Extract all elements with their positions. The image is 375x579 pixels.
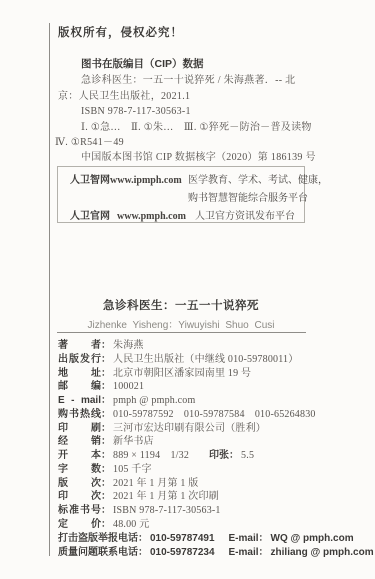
colophon-label: 印刷 [58,422,101,436]
publisher-platform-box: 人卫智网 www.ipmph.com 医学教育、学术、考试、健康， 购书智慧智能… [57,166,305,223]
colophon-value: 三河市宏达印刷有限公司（胜利） [113,422,266,436]
piracy-report-phone: 010-59787491 [150,532,215,547]
colophon-sep: ： [101,394,111,408]
colophon-sep: ： [101,504,111,518]
colophon-value: 北京市朝阳区潘家园南里 19 号 [113,367,251,381]
colophon-sep: ： [101,380,111,394]
colophon-value: 5.5 [241,449,254,463]
colophon-label: 开本 [58,449,101,463]
colophon-sep: ： [101,422,111,436]
quality-contact-row: 质量问题联系电话：010-59787234E-mail：zhiliang @ p… [58,546,368,561]
cip-line: Ⅰ. ①急… Ⅱ. ①朱… Ⅲ. ①猝死－防治－普及读物 [58,120,318,135]
colophon-label: 标准书号 [58,504,101,518]
colophon-row: 地址：北京市朝阳区潘家园南里 19 号 [58,367,368,381]
colophon-value: 朱海燕 [113,339,144,353]
book-title-pinyin: Jizhenke Yisheng：Yiwuyishi Shuo Cusi [57,316,305,331]
title-block: 急诊科医生：一五一十说猝死 Jizhenke Yisheng：Yiwuyishi… [57,297,305,331]
colophon-row: 标准书号：ISBN 978-7-117-30563-1 [58,504,368,518]
colophon-row: 邮编：100021 [58,380,368,394]
quality-contact-label: 质量问题联系电话 [58,546,138,561]
colophon-row: 印次：2021 年 1 月第 1 次印刷 [58,490,368,504]
colophon-label: 字数 [58,463,101,477]
colophon-value: 889 × 1194 1/32 [113,449,189,463]
footer-sep: ： [138,546,148,561]
cip-line: 京：人民卫生出版社，2021.1 [58,89,318,104]
colophon-label: 版次 [58,477,101,491]
colophon-value: 2021 年 1 月第 1 次印刷 [113,490,219,504]
colophon-label: E - mail [58,394,101,408]
title-rule [57,332,306,333]
colophon-row: 印刷：三河市宏达印刷有限公司（胜利） [58,422,368,436]
platform-row: 人卫智网 www.ipmph.com 医学教育、学术、考试、健康， 购书智慧智能… [70,172,304,208]
colophon-value: 010-59787592 010-59787584 010-65264830 [113,408,316,422]
book-title: 急诊科医生：一五一十说猝死 [57,297,305,313]
platform-url: www.ipmph.com [110,172,180,208]
colophon-value: 2021 年 1 月第 1 版 [113,477,199,491]
piracy-report-label: 打击盗版举报电话 [58,532,138,547]
colophon: 著者：朱海燕 出版发行：人民卫生出版社（中继线 010-59780011） 地址… [58,339,368,561]
platform-desc: 人卫官方资讯发布平台 [195,208,295,226]
footer-sep: ： [259,546,269,561]
colophon-label: 地址 [58,367,101,381]
colophon-sep: ： [229,449,239,463]
footer-sep: ： [259,532,269,547]
quality-contact-phone: 010-59787234 [150,546,215,561]
email-label: E-mail [229,532,259,547]
colophon-value: 人民卫生出版社（中继线 010-59780011） [113,353,298,367]
email-label: E-mail [229,546,259,561]
colophon-value: 105 千字 [113,463,152,477]
colophon-value: ISBN 978-7-117-30563-1 [113,504,221,518]
colophon-sep: ： [101,339,111,353]
platform-desc-line: 购书智慧智能综合服务平台 [188,193,308,204]
copyright-page: 版权所有，侵权必究！ 图书在版编目（CIP）数据 急诊科医生：一五一十说猝死 /… [0,0,375,579]
colophon-row: 字数：105 千字 [58,463,368,477]
cip-line: 中国版本图书馆 CIP 数据核字（2020）第 186139 号 [58,150,318,165]
colophon-label: 著者 [58,339,101,353]
cip-line: Ⅳ. ①R541－49 [55,135,318,150]
colophon-sep: ： [101,449,111,463]
copyright-notice: 版权所有，侵权必究！ [58,24,183,40]
colophon-row: E - mail：pmph @ pmph.com [58,394,368,408]
platform-name: 人卫官网 [70,208,117,226]
footer-sep: ： [138,532,148,547]
platform-desc-line: 医学教育、学术、考试、健康， [188,175,328,186]
colophon-sep: ： [101,353,111,367]
colophon-sep: ： [101,408,111,422]
colophon-label: 定价 [58,518,101,532]
colophon-sep: ： [101,463,111,477]
colophon-row: 著者：朱海燕 [58,339,368,353]
colophon-row: 出版发行：人民卫生出版社（中继线 010-59780011） [58,353,368,367]
platform-url: www.pmph.com [117,208,187,226]
colophon-sep: ： [101,518,111,532]
spine-rule [49,23,50,556]
colophon-label: 经销 [58,435,101,449]
colophon-value: 48.00 元 [113,518,149,532]
colophon-label: 购书热线 [58,408,101,422]
colophon-sep: ： [101,367,111,381]
cip-line: 急诊科医生：一五一十说猝死 / 朱海燕著．-- 北 [58,73,318,88]
colophon-label: 印次 [58,490,101,504]
cip-section: 图书在版编目（CIP）数据 急诊科医生：一五一十说猝死 / 朱海燕著．-- 北 … [58,57,318,166]
platform-desc: 医学教育、学术、考试、健康， 购书智慧智能综合服务平台 [188,172,328,208]
quality-contact-email: zhiliang @ pmph.com [271,546,374,561]
colophon-row: 购书热线：010-59787592 010-59787584 010-65264… [58,408,368,422]
colophon-row: 经销：新华书店 [58,435,368,449]
colophon-value: 新华书店 [113,435,154,449]
colophon-row: 开本：889 × 1194 1/32印张：5.5 [58,449,368,463]
platform-row: 人卫官网 www.pmph.com 人卫官方资讯发布平台 [70,208,304,226]
piracy-report-row: 打击盗版举报电话：010-59787491E-mail：WQ @ pmph.co… [58,532,368,547]
colophon-value: pmph @ pmph.com [113,394,195,408]
colophon-row: 定价：48.00 元 [58,518,368,532]
piracy-report-email: WQ @ pmph.com [271,532,354,547]
platform-name: 人卫智网 [70,172,110,208]
colophon-sep: ： [101,477,111,491]
cip-heading: 图书在版编目（CIP）数据 [58,57,318,72]
colophon-value: 100021 [113,380,144,394]
colophon-label-sheets: 印张 [209,449,229,463]
cip-line: ISBN 978-7-117-30563-1 [58,104,318,119]
colophon-label: 邮编 [58,380,101,394]
colophon-row: 版次：2021 年 1 月第 1 版 [58,477,368,491]
colophon-label: 出版发行 [58,353,101,367]
colophon-sep: ： [101,490,111,504]
colophon-sep: ： [101,435,111,449]
